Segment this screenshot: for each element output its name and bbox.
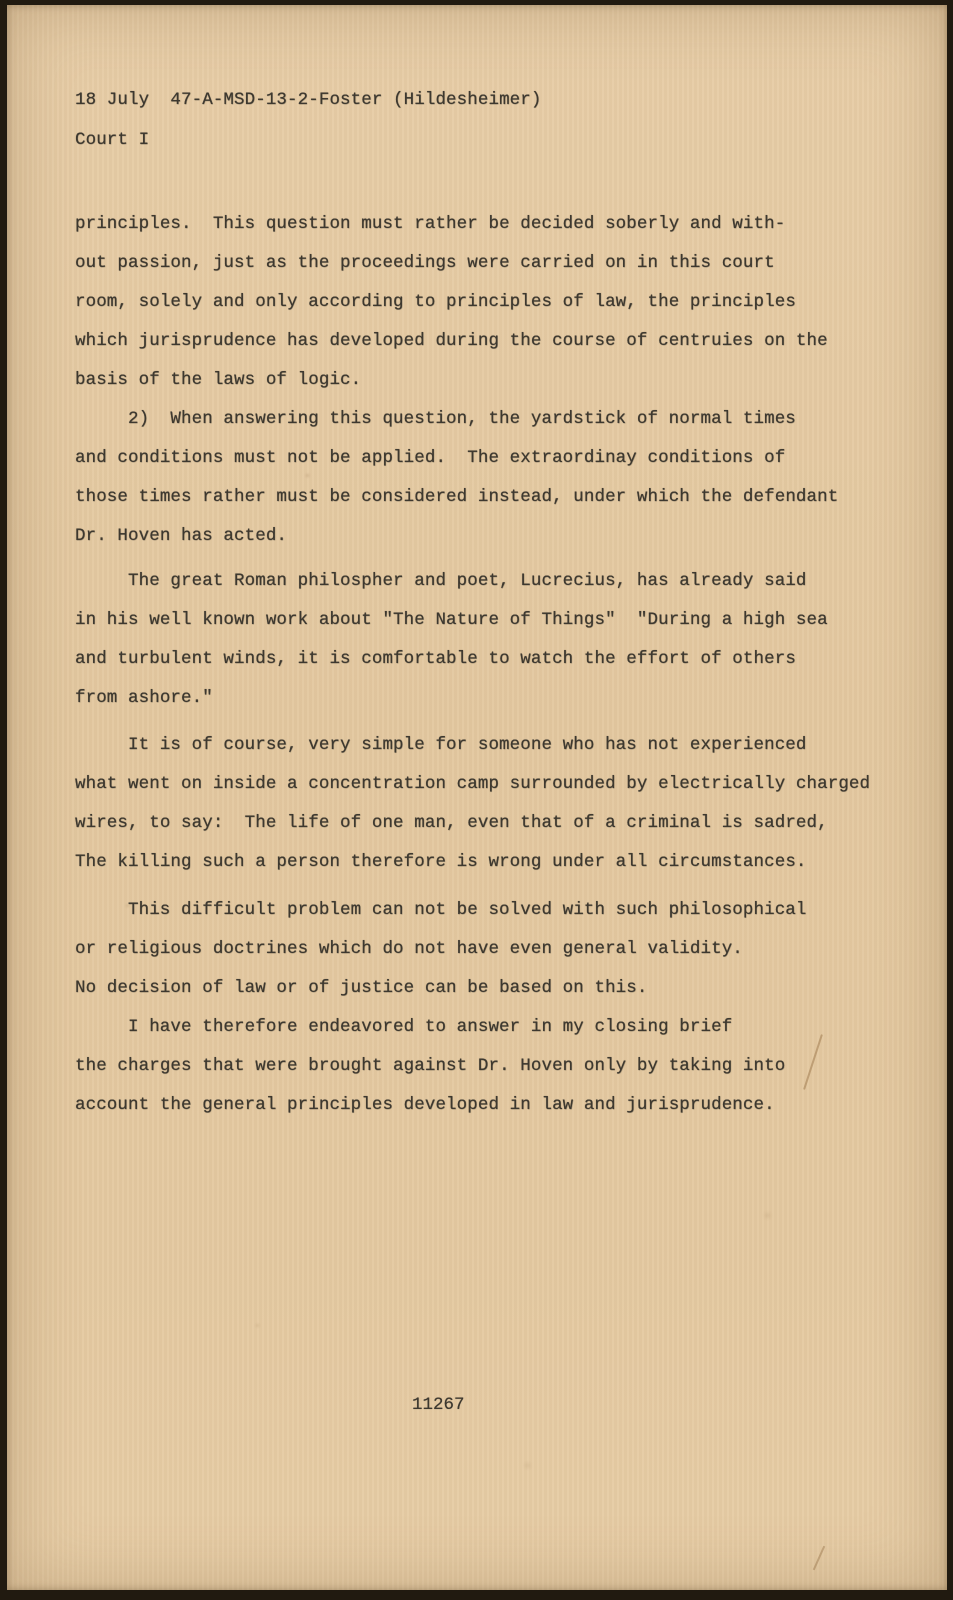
text-line: those times rather must be considered in… [75, 478, 887, 517]
text-line: from ashore." [75, 679, 887, 718]
paragraph: It is of course, very simple for someone… [75, 726, 887, 882]
text-line: This difficult problem can not be solved… [75, 891, 887, 930]
text-line: what went on inside a concentration camp… [75, 765, 887, 804]
text-line: account the general principles developed… [75, 1086, 887, 1125]
paragraph: principles. This question must rather be… [75, 205, 887, 400]
paragraph: 2) When answering this question, the yar… [75, 400, 887, 556]
text-line: principles. This question must rather be… [75, 205, 887, 244]
text-line: basis of the laws of logic. [75, 361, 887, 400]
paragraph: This difficult problem can not be solved… [75, 891, 887, 1008]
text-line: No decision of law or of justice can be … [75, 969, 887, 1008]
paragraph: The great Roman philospher and poet, Luc… [75, 562, 887, 718]
text-line: Dr. Hoven has acted. [75, 517, 887, 556]
text-line: room, solely and only according to princ… [75, 283, 887, 322]
text-line: The great Roman philospher and poet, Luc… [75, 562, 887, 601]
page-number: 11267 [412, 1386, 887, 1425]
text-line: and conditions must not be applied. The … [75, 439, 887, 478]
text-line: 2) When answering this question, the yar… [75, 400, 887, 439]
text-line: which jurisprudence has developed during… [75, 322, 887, 361]
text-line: I have therefore endeavored to answer in… [75, 1008, 887, 1047]
header-line-court: Court I [75, 120, 887, 160]
text-line: wires, to say: The life of one man, even… [75, 804, 887, 843]
paragraph: I have therefore endeavored to answer in… [75, 1008, 887, 1125]
document-body: principles. This question must rather be… [75, 205, 887, 1125]
text-line: the charges that were brought against Dr… [75, 1047, 887, 1086]
text-line: in his well known work about "The Nature… [75, 601, 887, 640]
paper-sheet: 18 July 47-A-MSD-13-2-Foster (Hildesheim… [7, 5, 947, 1590]
document-header: 18 July 47-A-MSD-13-2-Foster (Hildesheim… [75, 80, 887, 160]
text-line: and turbulent winds, it is comfortable t… [75, 640, 887, 679]
header-line-docket: 18 July 47-A-MSD-13-2-Foster (Hildesheim… [75, 80, 887, 120]
text-line: The killing such a person therefore is w… [75, 843, 887, 882]
text-line: or religious doctrines which do not have… [75, 930, 887, 969]
scanned-page: 18 July 47-A-MSD-13-2-Foster (Hildesheim… [0, 0, 953, 1600]
text-line: out passion, just as the proceedings wer… [75, 244, 887, 283]
text-line: It is of course, very simple for someone… [75, 726, 887, 765]
paper-blemishes [7, 5, 8, 6]
